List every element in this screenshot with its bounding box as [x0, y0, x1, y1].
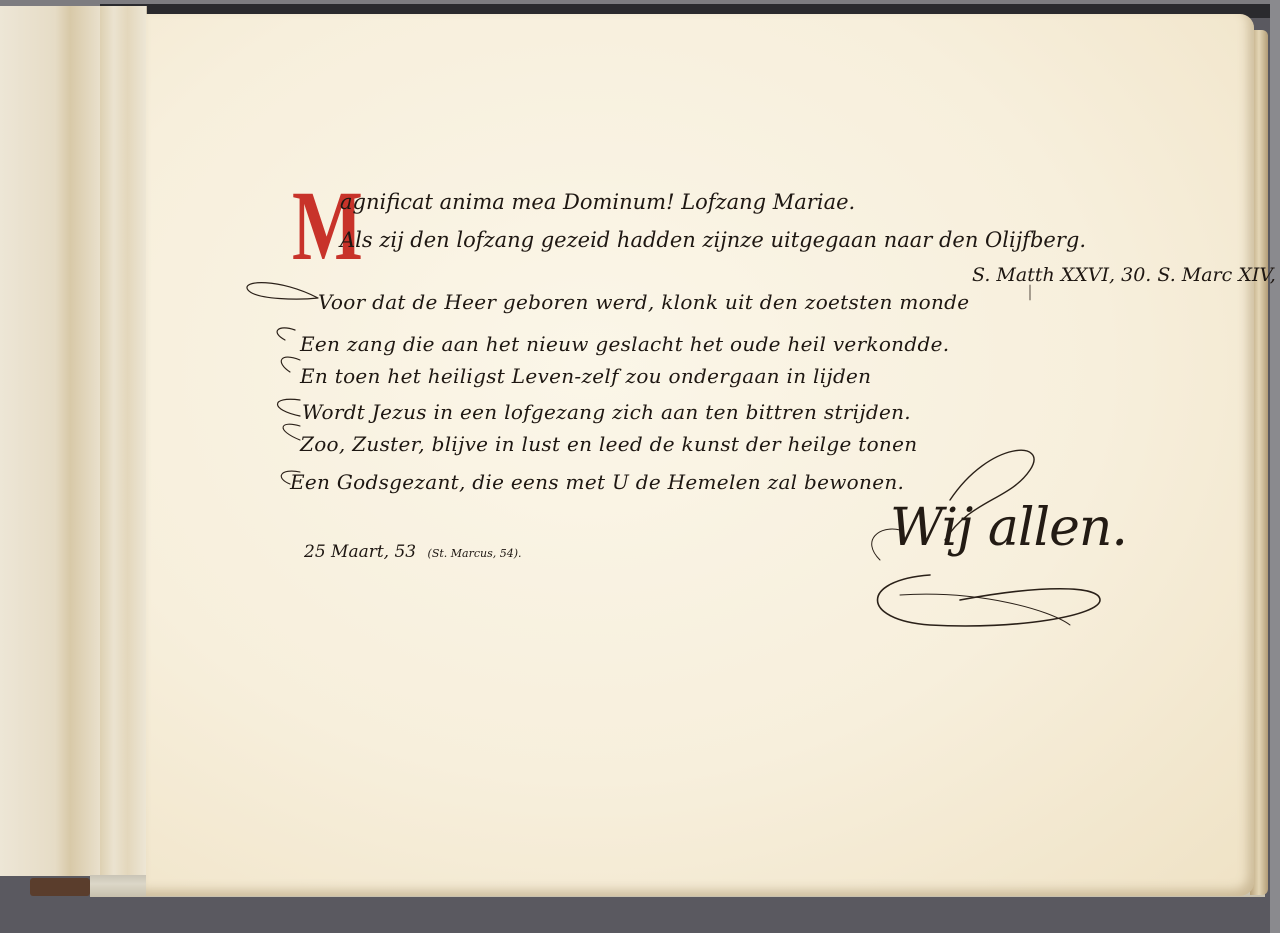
poem-line: Voor dat de Heer geboren werd, klonk uit…	[318, 290, 969, 314]
torn-binding	[30, 878, 90, 896]
signature: Wij allen.	[890, 498, 1127, 558]
heading-dutch: Als zij den lofzang gezeid hadden zijnze…	[340, 228, 1086, 252]
poem-line: En toen het heiligst Leven-zelf zou onde…	[300, 364, 871, 388]
poem-line: Een zang die aan het nieuw geslacht het …	[300, 332, 949, 356]
poem-line: Wordt Jezus in een lofgezang zich aan te…	[302, 400, 911, 424]
date: 25 Maart, 53 (St. Marcus, 54).	[304, 542, 522, 562]
date-main: 25 Maart, 53	[304, 542, 416, 562]
page-stub	[100, 6, 147, 876]
scan-right-edge	[1270, 0, 1280, 933]
heading-latin: agnificat anima mea Dominum! Lofzang Mar…	[340, 190, 855, 214]
poem-line: Een Godsgezant, die eens met U de Hemele…	[290, 470, 904, 494]
date-note: (St. Marcus, 54).	[428, 547, 522, 560]
poem-line: Zoo, Zuster, blijve in lust en leed de k…	[300, 432, 917, 456]
scripture-reference: S. Matth XXVI, 30. S. Marc XIV, 26.	[972, 264, 1280, 286]
left-page	[0, 6, 100, 876]
